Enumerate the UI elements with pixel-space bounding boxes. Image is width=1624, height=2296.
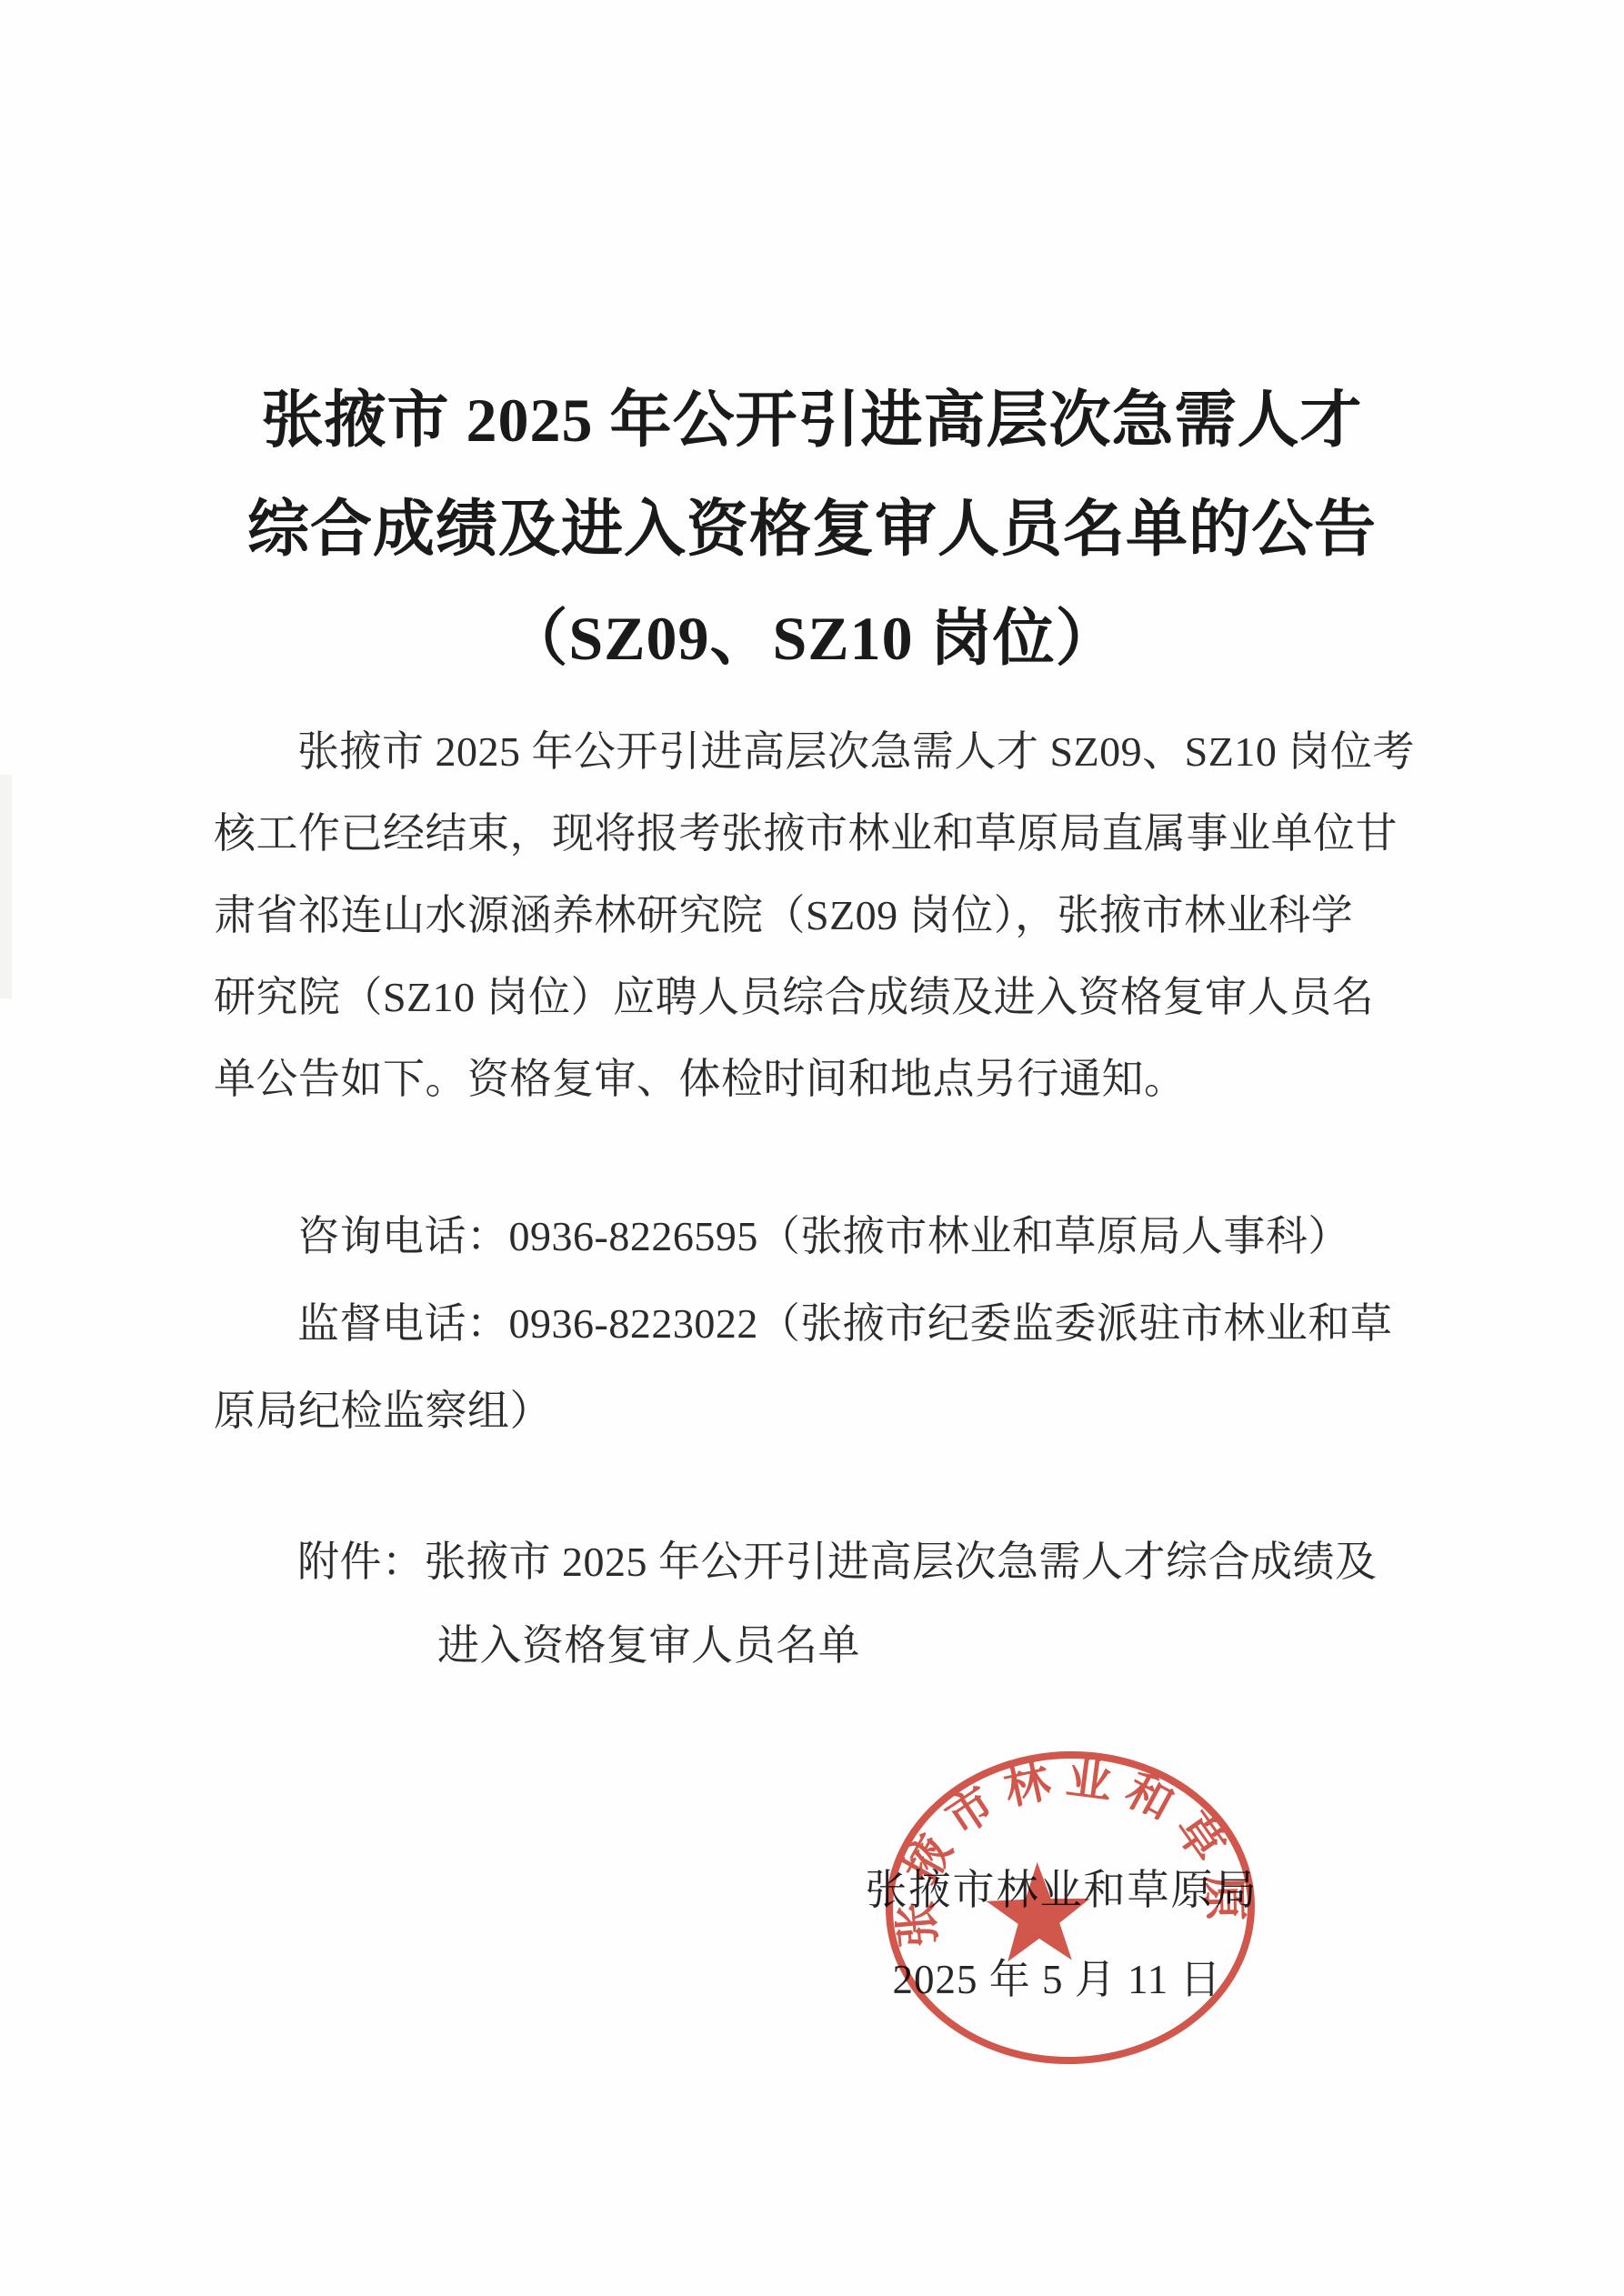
title-line-2: 综合成绩及进入资格复审人员名单的公告: [0, 475, 1624, 584]
contact-info: 咨询电话：0936-8226595（张掖市林业和草原局人事科） 监督电话：093…: [214, 1193, 1432, 1455]
official-seal: 张掖市林业和草原局: [877, 1743, 1262, 2073]
attachment-line-1: 附件：张掖市 2025 年公开引进高层次急需人才综合成绩及: [214, 1520, 1432, 1604]
document-title: 张掖市 2025 年公开引进高层次急需人才 综合成绩及进入资格复审人员名单的公告…: [0, 366, 1624, 693]
paragraph-line: 研究院（SZ10 岗位）应聘人员综合成绩及进入资格复审人员名: [214, 957, 1432, 1038]
paragraph-line: 核工作已经结束，现将报考张掖市林业和草原局直属事业单位甘: [214, 793, 1432, 875]
title-line-1: 张掖市 2025 年公开引进高层次急需人才: [0, 366, 1624, 475]
attachment-note: 附件：张掖市 2025 年公开引进高层次急需人才综合成绩及 进入资格复审人员名单: [214, 1520, 1432, 1688]
attachment-line-2: 进入资格复审人员名单: [214, 1604, 1432, 1688]
seal-star-icon: [986, 1860, 1092, 1961]
document-page: 张掖市 2025 年公开引进高层次急需人才 综合成绩及进入资格复审人员名单的公告…: [0, 0, 1624, 2296]
scan-artifact: [0, 775, 12, 998]
title-line-3: （SZ09、SZ10 岗位）: [0, 584, 1624, 693]
body-paragraph: 张掖市 2025 年公开引进高层次急需人才 SZ09、SZ10 岗位考 核工作已…: [214, 711, 1432, 1120]
paragraph-line: 单公告如下。资格复审、体检时间和地点另行通知。: [214, 1038, 1432, 1120]
consult-phone-line: 咨询电话：0936-8226595（张掖市林业和草原局人事科）: [214, 1193, 1432, 1280]
supervise-phone-line-2: 原局纪检监察组）: [214, 1368, 1432, 1455]
paragraph-line: 肃省祁连山水源涵养林研究院（SZ09 岗位），张掖市林业科学: [214, 875, 1432, 957]
paragraph-line: 张掖市 2025 年公开引进高层次急需人才 SZ09、SZ10 岗位考: [214, 711, 1432, 793]
supervise-phone-line: 监督电话：0936-8223022（张掖市纪委监委派驻市林业和草: [214, 1280, 1432, 1368]
